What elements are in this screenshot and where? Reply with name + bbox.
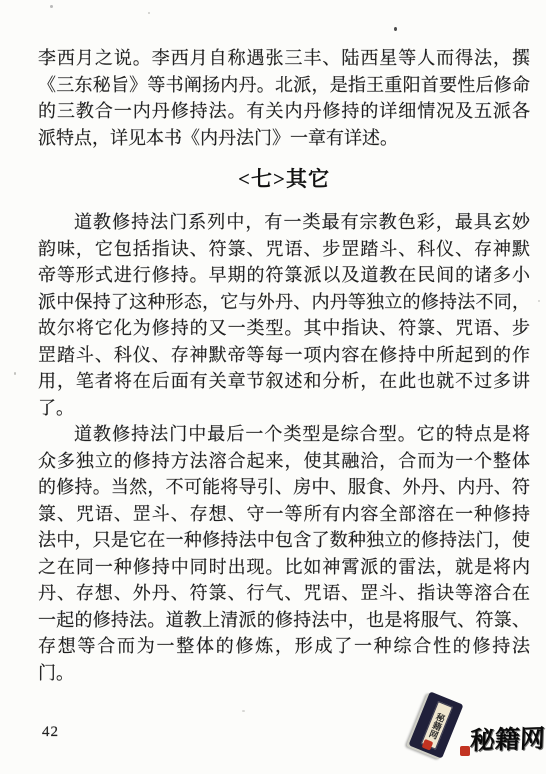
text-line: 派特点，详见本书《内丹法门》一章有详述。 [38,125,530,152]
text-line: 道教修持法门中最后一个类型是综合型。它的特点是将 [38,421,530,448]
seal-icon [422,739,434,751]
intro-paragraph: 李西月之说。李西月自称遇张三丰、陆西星等人而得法，撰 《三东秘旨》等书阐扬内丹。… [38,45,530,151]
text-line: 箓、咒语、罡斗、存想、守一等所有内容全部溶在一种修持 [38,501,530,528]
text-line: 罡踏斗、科仪、存神默帝等每一项内容在修持中所起到的作 [38,342,530,369]
section-heading: <七>其它 [38,165,530,193]
scan-noise-speck [242,710,245,712]
text-line: 门。 [38,660,530,687]
text-line: 故尔将它化为修持的又一类型。其中指诀、符箓、咒语、步 [38,315,530,342]
paragraph-ritual-methods: 道教修持法门系列中，有一类最有宗教色彩，最具玄妙 韵味，它包括指诀、符箓、咒语、… [38,209,530,421]
text-line: 法中，只是它在一种修持法中包含了数种独立的修持法门，使 [38,527,530,554]
scan-noise-speck [50,5,53,8]
text-line: 的三教合一内丹修持法。有关内丹修持的详细情况及五派各 [38,98,530,125]
text-line: 韵味，它包括指诀、符箓、咒语、步罡踏斗、科仪、存神默 [38,236,530,263]
text-line: 了。 [38,395,530,422]
watermark-site-name: 秘籍网 [469,719,544,758]
text-line: 用，笔者将在后面有关章节叙述和分析，在此也就不过多讲 [38,368,530,395]
book-icon: 秘籍网 [408,691,463,758]
text-line: 存想等合而为一整体的修炼，形成了一种综合性的修持法 [38,633,530,660]
scan-noise-speck [394,27,397,31]
scan-noise-speck [538,300,540,302]
text-line: 一起的修持法。道教上清派的修持法中，也是将服气、符箓、 [38,607,530,634]
text-line: 道教修持法门系列中，有一类最有宗教色彩，最具玄妙 [38,209,530,236]
text-line: 派中保持了这种形态，它与外丹、内丹等独立的修持法不同， [38,289,530,316]
text-line: 之在同一种修持中同时出现。比如神霄派的雷法，就是将内 [38,554,530,581]
scan-noise-speck [14,372,16,375]
text-line: 帝等形式进行修持。早期的符箓派以及道教在民间的诸多小 [38,262,530,289]
watermark-logo: 秘籍网 秘籍网 [398,690,544,774]
text-line: 的修持。当然，不可能将导引、房中、服食、外丹、内丹、符 [38,474,530,501]
paragraph-comprehensive-type: 道教修持法门中最后一个类型是综合型。它的特点是将 众多独立的修持方法溶合起来，使… [38,421,530,686]
scan-noise-speck [524,52,529,56]
page-number: 42 [42,724,59,741]
text-line: 李西月之说。李西月自称遇张三丰、陆西星等人而得法，撰 [38,45,530,72]
book-page: 李西月之说。李西月自称遇张三丰、陆西星等人而得法，撰 《三东秘旨》等书阐扬内丹。… [0,0,546,774]
scan-noise-speck [148,12,150,14]
text-line: 《三东秘旨》等书阐扬内丹。北派，是指王重阳首要性后修命 [38,72,530,99]
text-line: 众多独立的修持方法溶合起来，使其融洽，合而为一个整体 [38,448,530,475]
text-column: 李西月之说。李西月自称遇张三丰、陆西星等人而得法，撰 《三东秘旨》等书阐扬内丹。… [38,45,530,686]
text-line: 丹、存想、外丹、符箓、行气、咒语、罡斗、指诀等溶合在 [38,580,530,607]
